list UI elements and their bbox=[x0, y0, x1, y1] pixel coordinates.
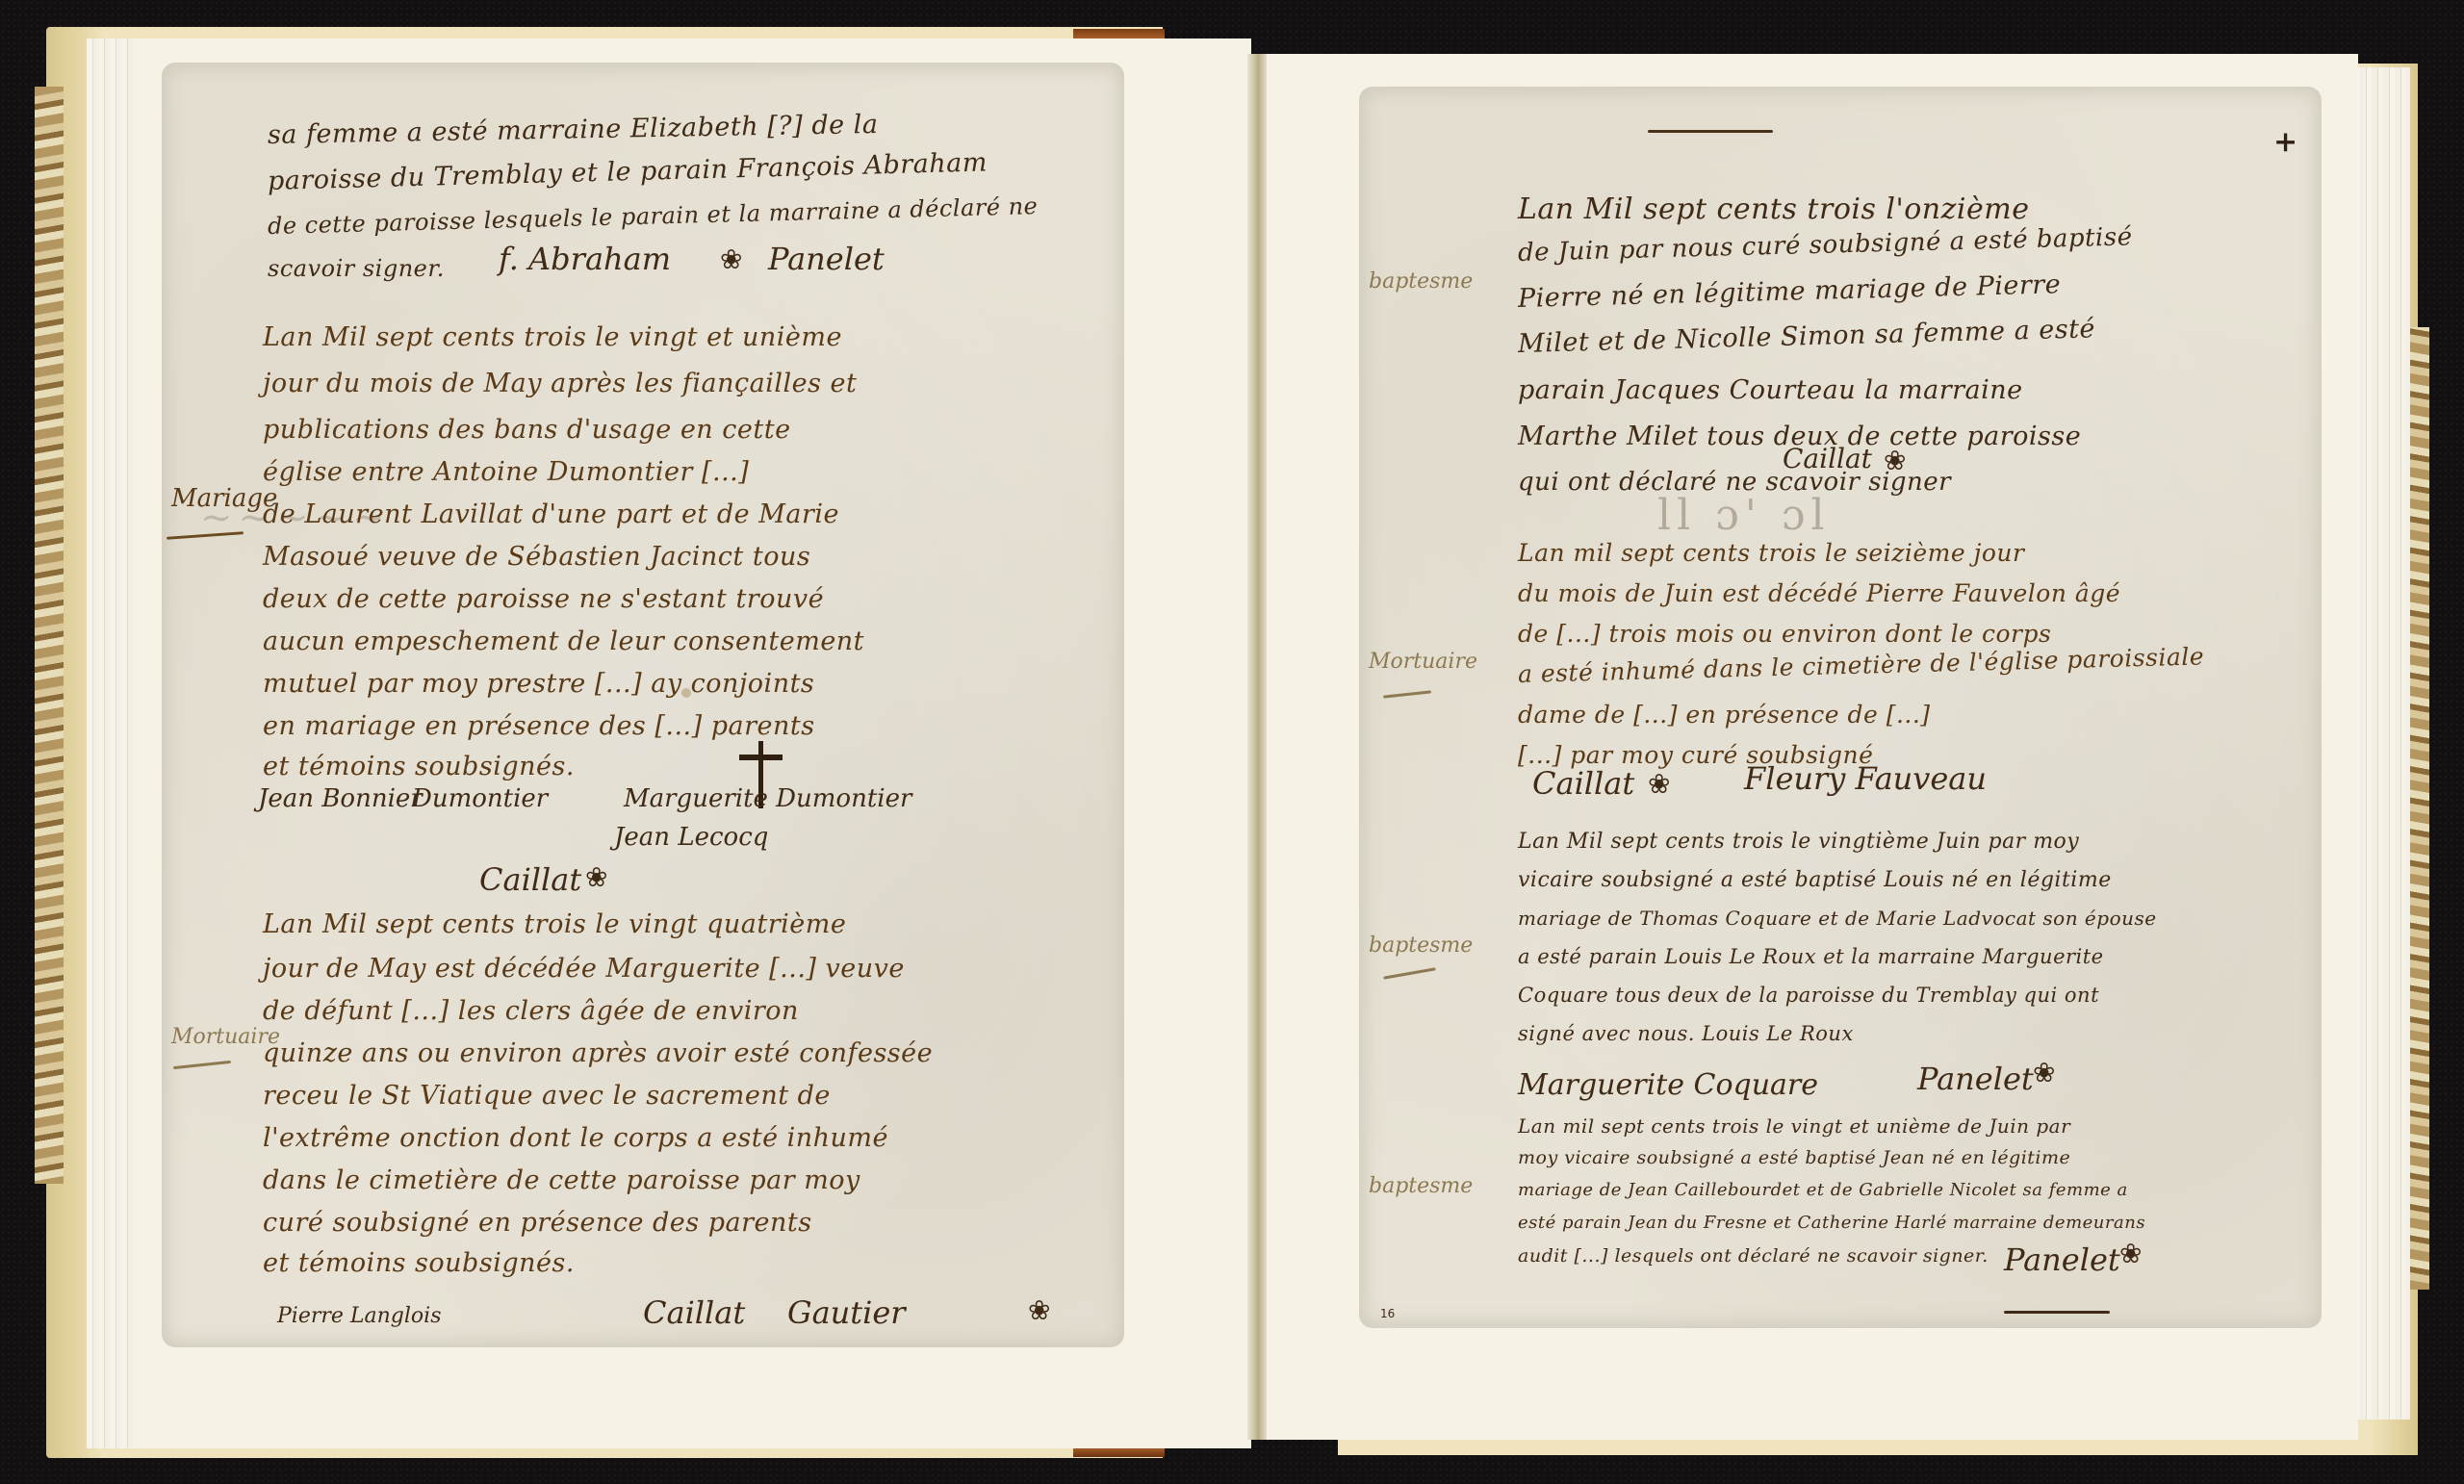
entry-line: Lan Mil sept cents trois l'onzième bbox=[1518, 192, 2029, 226]
entry-line: a esté inhumé dans le cimetière de l'égl… bbox=[1518, 642, 2205, 688]
signature: Panelet bbox=[768, 241, 885, 277]
entry-line: Lan mil sept cents trois le seizième jou… bbox=[1518, 539, 2024, 567]
paraph-mark-icon: ❀ bbox=[1648, 768, 1670, 800]
entry-line: quinze ans ou environ après avoir esté c… bbox=[263, 1038, 933, 1068]
paraph-mark-icon: ❀ bbox=[585, 861, 607, 893]
signature: Fleury Fauveau bbox=[1744, 760, 1987, 797]
entry-line: signé avec nous. Louis Le Roux bbox=[1518, 1022, 1854, 1045]
entry-line: de Juin par nous curé soubsigné a esté b… bbox=[1518, 222, 2133, 268]
paraph-mark-icon: ❀ bbox=[2119, 1238, 2142, 1269]
signature: Caillat bbox=[1532, 765, 1634, 802]
entry-line: de Laurent Lavillat d'une part et de Mar… bbox=[263, 499, 839, 529]
entry-line: sa femme a esté marraine Elizabeth [?] d… bbox=[268, 110, 879, 150]
margin-dash bbox=[1383, 967, 1436, 980]
entry-line: esté parain Jean du Fresne et Catherine … bbox=[1518, 1213, 2145, 1233]
entry-line: Lan Mil sept cents trois le vingt quatri… bbox=[263, 909, 846, 939]
signature: Caillat bbox=[1783, 443, 1872, 474]
signature: Marguerite Coquare bbox=[1518, 1068, 1818, 1102]
entry-line: mariage de Jean Caillebourdet et de Gabr… bbox=[1518, 1180, 2128, 1200]
entry-line: église entre Antoine Dumontier [...] bbox=[263, 457, 749, 487]
entry-line: publications des bans d'usage en cette bbox=[263, 415, 791, 445]
margin-note: baptesme bbox=[1369, 1174, 1473, 1198]
entry-line: aucun empeschement de leur consentement bbox=[263, 627, 864, 656]
margin-dash bbox=[1383, 690, 1431, 698]
signature: Jean Lecocq bbox=[614, 823, 768, 852]
entry-line: dans le cimetière de cette paroisse par … bbox=[263, 1165, 860, 1195]
entry-line: dame de [...] en présence de [...] bbox=[1518, 701, 1931, 729]
signature: Jean Bonnier bbox=[258, 784, 423, 813]
heading-flourish bbox=[1648, 130, 1773, 133]
entry-line: de [...] trois mois ou environ dont le c… bbox=[1518, 620, 2051, 648]
paraph-mark-icon: ❀ bbox=[2033, 1057, 2055, 1088]
entry-line: et témoins soubsignés. bbox=[263, 1248, 575, 1278]
paraph-mark-icon: ❀ bbox=[720, 243, 742, 275]
entry-line: jour de May est décédée Marguerite [...]… bbox=[263, 954, 905, 984]
manuscript-page-left: ~~~~~ sa femme a esté marraine Elizabeth… bbox=[162, 63, 1124, 1347]
entry-line: Coquare tous deux de la paroisse du Trem… bbox=[1518, 984, 2099, 1007]
margin-note: Mortuaire bbox=[1369, 650, 1477, 674]
entry-line: Masoué veuve de Sébastien Jacinct tous bbox=[263, 542, 810, 572]
entry-line: de cette paroisse lesquels le parain et … bbox=[268, 192, 1039, 240]
signature: f. Abraham bbox=[499, 241, 671, 277]
page-number: 16 bbox=[1380, 1307, 1395, 1320]
margin-note: baptesme bbox=[1369, 269, 1473, 294]
entry-line: Pierre né en légitime mariage de Pierre bbox=[1518, 269, 2062, 314]
signature: Caillat bbox=[479, 861, 581, 898]
entry-line: curé soubsigné en présence des parents bbox=[263, 1208, 812, 1238]
entry-line: Lan Mil sept cents trois le vingt et uni… bbox=[263, 322, 842, 352]
entry-line: Lan mil sept cents trois le vingt et uni… bbox=[1518, 1114, 2070, 1138]
margin-note: Mariage bbox=[171, 484, 277, 513]
entry-line: moy vicaire soubsigné a esté baptisé Jea… bbox=[1518, 1147, 2070, 1168]
signature: Panelet bbox=[2004, 1241, 2120, 1278]
signature: Panelet bbox=[1917, 1061, 2034, 1097]
entry-line: a esté parain Louis Le Roux et la marrai… bbox=[1518, 945, 2104, 968]
folio-mark: + bbox=[2273, 125, 2297, 159]
signature: Pierre Langlois bbox=[277, 1304, 442, 1328]
bleed-through-text: ll ɔ' ɔl bbox=[1657, 491, 1831, 540]
entry-line: mariage de Thomas Coquare et de Marie La… bbox=[1518, 907, 2157, 930]
signature: Gautier bbox=[787, 1294, 906, 1331]
entry-line: receu le St Viatique avec le sacrement d… bbox=[263, 1081, 831, 1111]
margin-dash bbox=[173, 1061, 231, 1069]
paraph-mark-icon: ❀ bbox=[1884, 445, 1906, 476]
entry-line: scavoir signer. bbox=[268, 255, 445, 282]
marbled-endpaper-right bbox=[2408, 327, 2429, 1290]
paraph-mark-icon: ❀ bbox=[1028, 1294, 1050, 1326]
entry-line: du mois de Juin est décédé Pierre Fauvel… bbox=[1518, 579, 2120, 607]
margin-note: baptesme bbox=[1369, 934, 1473, 958]
signature: Marguerite Dumontier bbox=[624, 784, 911, 813]
entry-line: paroisse du Tremblay et le parain Franço… bbox=[268, 147, 988, 196]
entry-line: en mariage en présence des [...] parents bbox=[263, 711, 815, 741]
signature-flourish bbox=[2004, 1311, 2110, 1314]
entry-line: deux de cette paroisse ne s'estant trouv… bbox=[263, 584, 824, 614]
manuscript-page-right: + ll ɔ' ɔl baptesme Lan Mil sept cents t… bbox=[1359, 87, 2322, 1328]
entry-line: vicaire soubsigné a esté baptisé Louis n… bbox=[1518, 868, 2112, 892]
marbled-endpaper-left bbox=[35, 87, 64, 1184]
entry-line: mutuel par moy prestre [...] ay conjoint… bbox=[263, 669, 814, 699]
signature: Caillat bbox=[643, 1294, 745, 1331]
entry-line: jour du mois de May après les fiançaille… bbox=[263, 369, 857, 398]
entry-line: Milet et de Nicolle Simon sa femme a est… bbox=[1518, 314, 2096, 359]
book-gutter bbox=[1247, 54, 1267, 1440]
signature: Dumontier bbox=[412, 784, 548, 813]
entry-line: l'extrême onction dont le corps a esté i… bbox=[263, 1123, 888, 1153]
entry-line: et témoins soubsignés. bbox=[263, 752, 575, 781]
entry-line: parain Jacques Courteau la marraine bbox=[1518, 375, 2023, 405]
entry-line: audit [...] lesquels ont déclaré ne scav… bbox=[1518, 1245, 1989, 1267]
entry-line: de défunt [...] les clers âgée de enviro… bbox=[263, 996, 799, 1026]
entry-line: Lan Mil sept cents trois le vingtième Ju… bbox=[1518, 830, 2079, 854]
